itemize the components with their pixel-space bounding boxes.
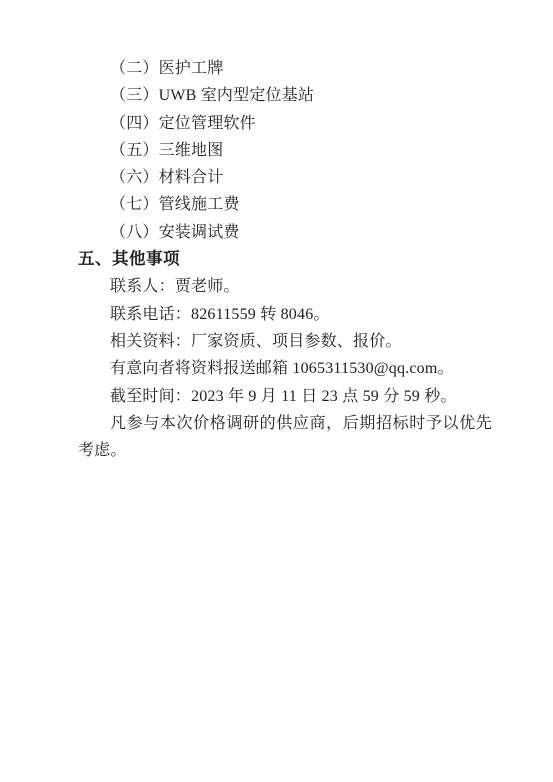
document-page: （二）医护工牌 （三）UWB 室内型定位基站 （四）定位管理软件 （五）三维地图…: [0, 0, 553, 782]
numbered-list: （二）医护工牌 （三）UWB 室内型定位基站 （四）定位管理软件 （五）三维地图…: [78, 55, 493, 246]
section-body: 联系人：贾老师。 联系电话：82611559 转 8046。 相关资料：厂家资质…: [78, 273, 493, 464]
paragraph-email-submission: 有意向者将资料报送邮箱 1065311530@qq.com。: [78, 355, 493, 382]
list-item-7: （七）管线施工费: [78, 191, 493, 218]
paragraph-priority-note: 凡参与本次价格调研的供应商，后期招标时予以优先考虑。: [78, 410, 492, 465]
list-item-6: （六）材料合计: [78, 164, 493, 191]
paragraph-contact-phone: 联系电话：82611559 转 8046。: [78, 301, 493, 328]
paragraph-contact-person: 联系人：贾老师。: [78, 273, 493, 300]
list-item-3: （三）UWB 室内型定位基站: [78, 82, 493, 109]
paragraph-deadline: 截至时间：2023 年 9 月 11 日 23 点 59 分 59 秒。: [78, 383, 493, 410]
list-item-2: （二）医护工牌: [78, 55, 493, 82]
section-heading-other-matters: 五、其他事项: [78, 246, 493, 273]
list-item-4: （四）定位管理软件: [78, 110, 493, 137]
list-item-8: （八）安装调试费: [78, 219, 493, 246]
paragraph-related-materials: 相关资料：厂家资质、项目参数、报价。: [78, 328, 493, 355]
list-item-5: （五）三维地图: [78, 137, 493, 164]
